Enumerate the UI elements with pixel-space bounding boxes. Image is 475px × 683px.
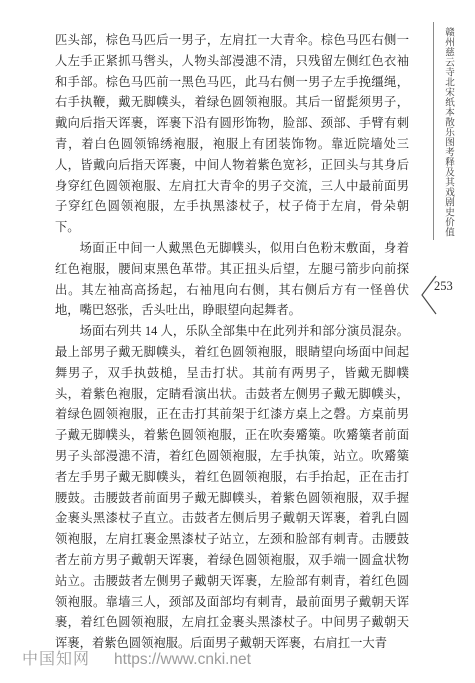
paragraph: 匹头部，棕色马匹后一男子，左肩扛一大青伞。棕色马匹右侧一人左手正紧抓马辔头，人物… <box>55 30 409 238</box>
cnki-watermark: 中国知网 https://www.cnki.net <box>22 646 251 669</box>
paragraph: 场面正中间一人戴黑色无脚幞头，似用白色粉末敷面，身着红色袍服，腰间束黑色革带。其… <box>55 238 409 321</box>
cnki-brand: 中国知网 <box>22 646 90 669</box>
cnki-url: https://www.cnki.net <box>114 651 251 669</box>
page-number-marker: 253 <box>420 274 470 318</box>
page-number: 253 <box>434 279 453 294</box>
article-text: 匹头部，棕色马匹后一男子，左肩扛一大青伞。棕色马匹右侧一人左手正紧抓马辔头，人物… <box>55 30 409 654</box>
running-title-vertical: 赣州慈云寺北宋纸本散乐图考释及其戏剧史价值 <box>438 27 458 239</box>
document-page: 匹头部，棕色马匹后一男子，左肩扛一大青伞。棕色马匹右侧一人左手正紧抓马辔头，人物… <box>0 0 475 683</box>
margin-divider-line <box>433 22 434 240</box>
paragraph: 场面右列共 14 人，乐队全部集中在此列并和部分演员混杂。最上部男子戴无脚幞头，… <box>55 321 409 654</box>
